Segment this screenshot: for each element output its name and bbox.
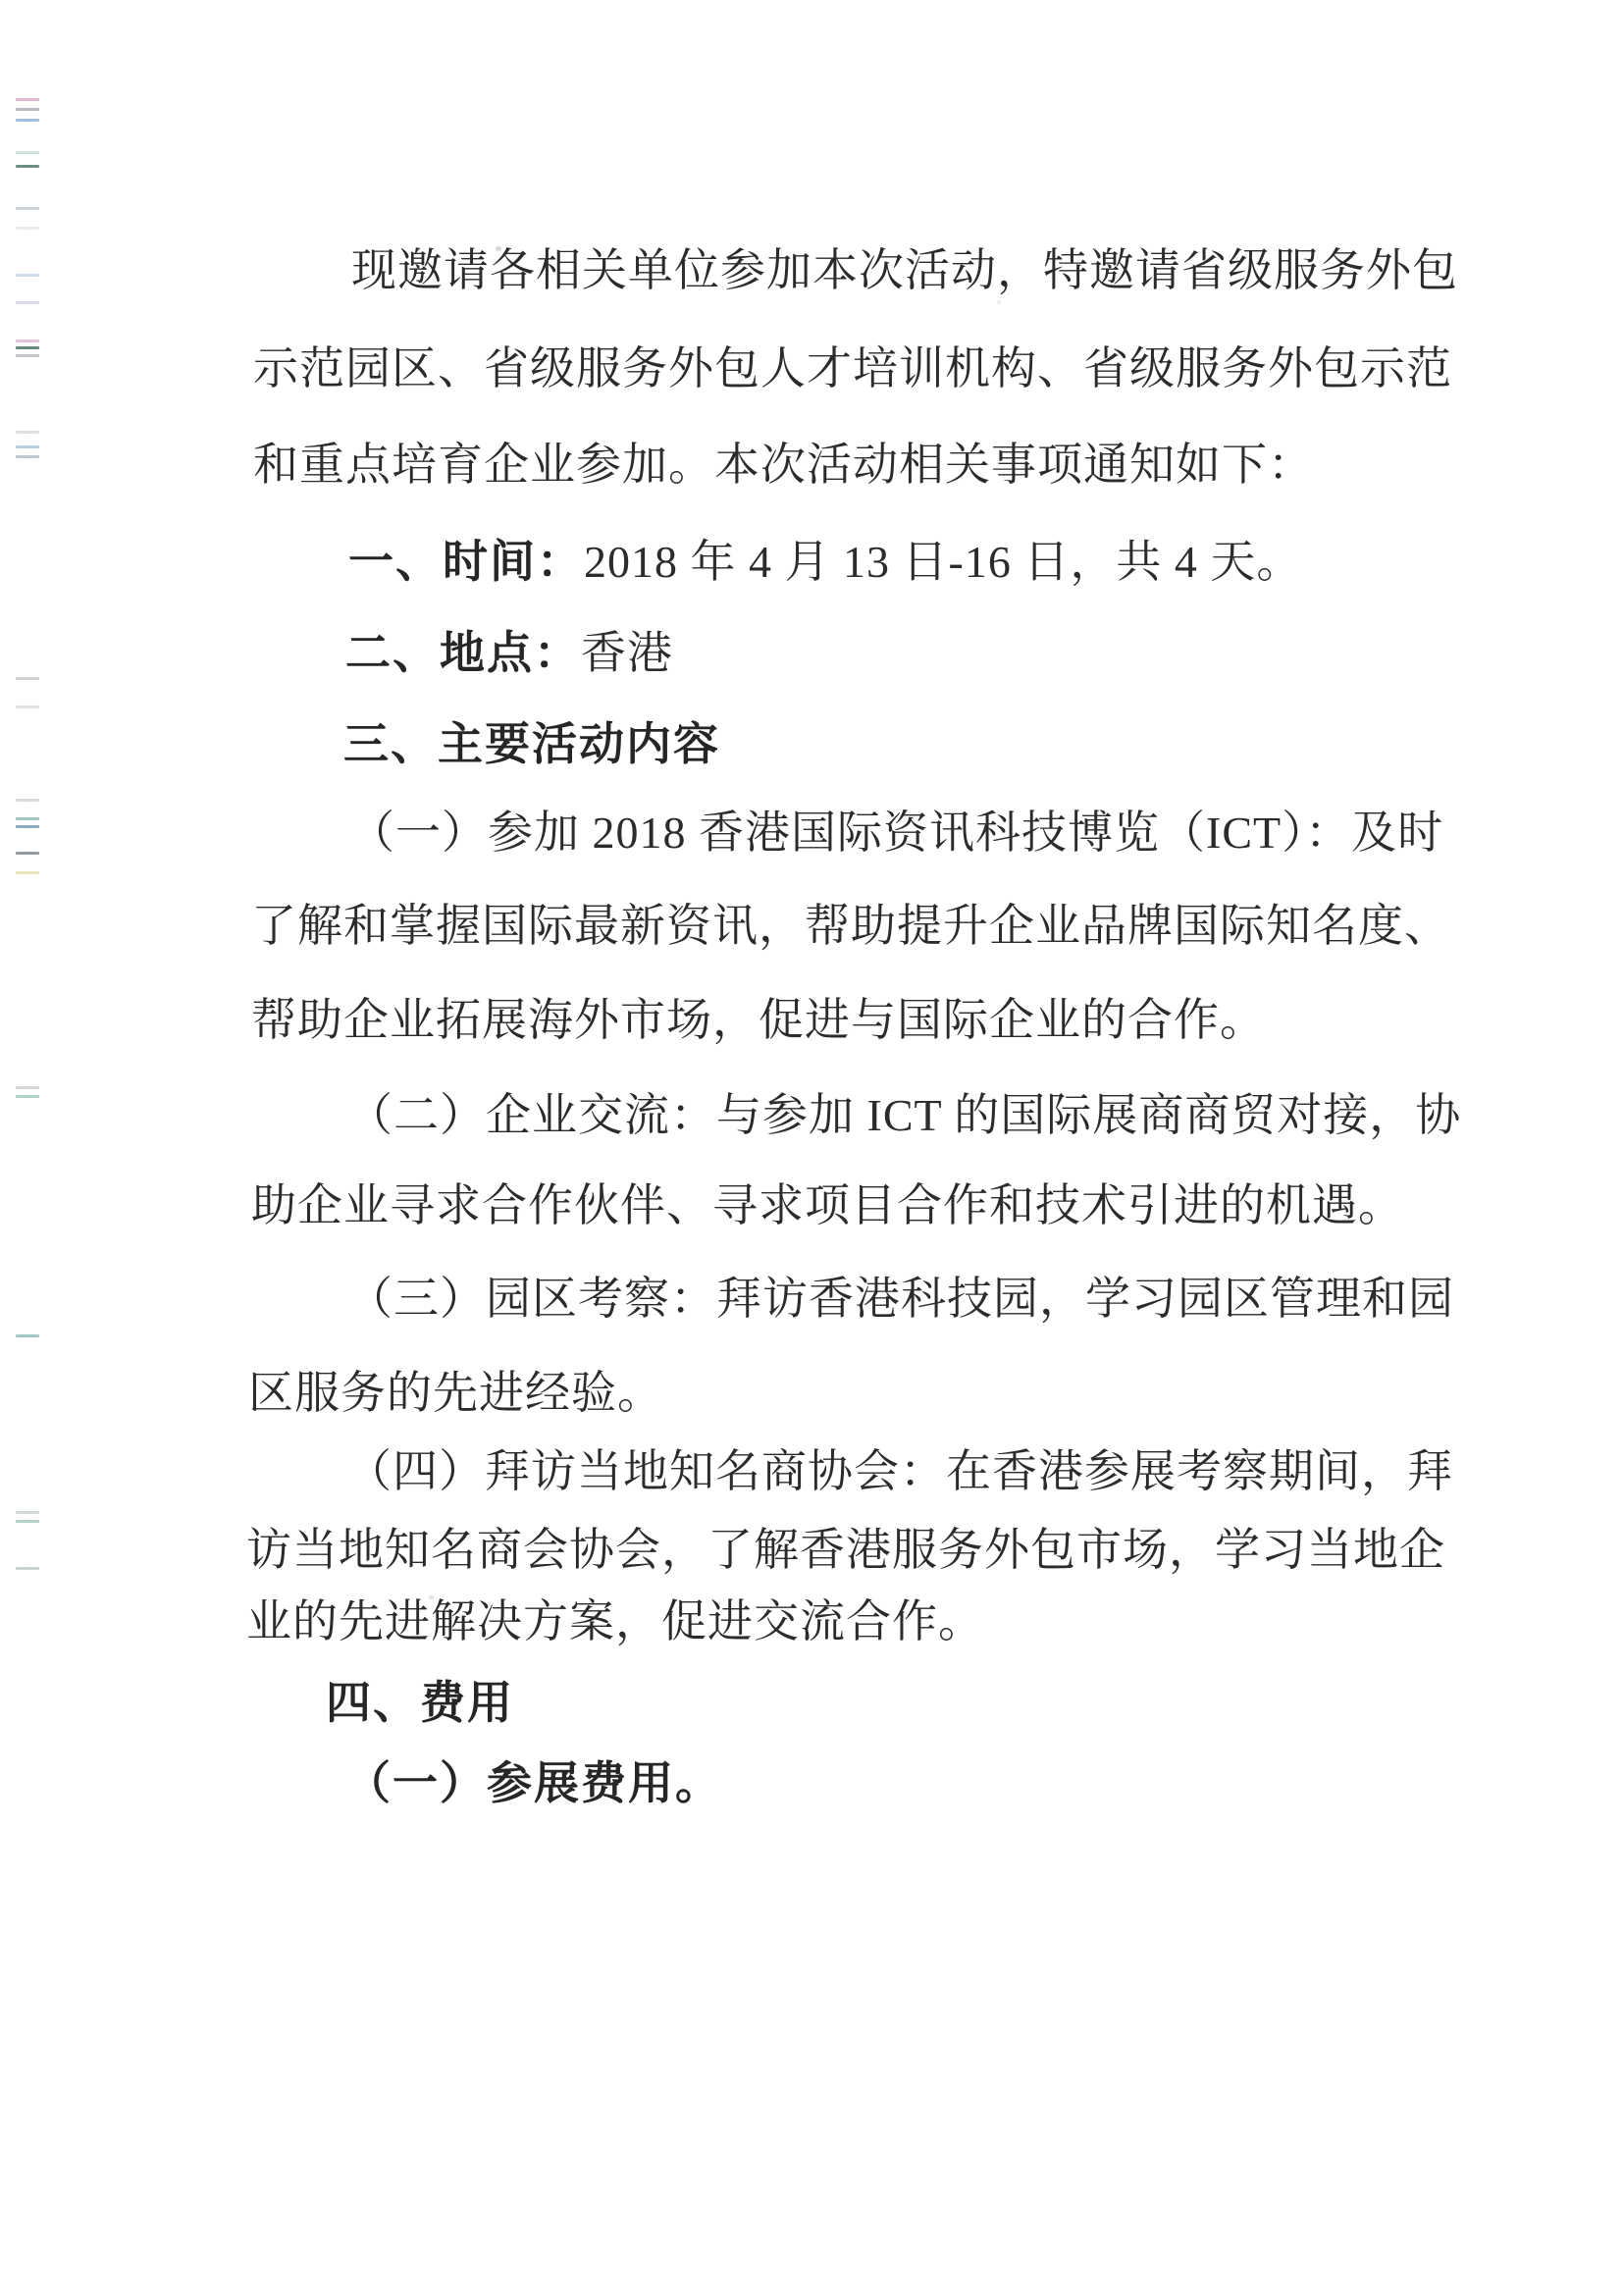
scan-artifact-line [16, 274, 39, 277]
scan-artifact-line [16, 825, 39, 828]
scan-artifact-line [16, 1095, 39, 1098]
scan-artifact-line [16, 455, 39, 458]
doc-line-item2-2: 助企业寻求合作伙伴、寻求项目合作和技术引进的机遇。 [251, 1178, 1404, 1233]
doc-line-main-activities-heading: 三、主要活动内容 [343, 716, 720, 772]
doc-line-item1-1-text: （一）参加 2018 香港国际资讯科技博览（ICT）：及时 [349, 808, 1443, 858]
scan-artifact-line [16, 354, 39, 357]
time-value: 2018 年 4 月 13 日-16 日，共 4 天。 [584, 537, 1302, 587]
heading-place-label: 二、地点： [345, 627, 581, 678]
scan-artifact-line [16, 852, 39, 855]
doc-line-item1-2-text: 了解和掌握国际最新资讯，帮助提升企业品牌国际知名度、 [251, 901, 1450, 951]
scan-artifact-line [16, 339, 39, 342]
doc-line-place: 二、地点：香港 [345, 625, 673, 681]
doc-line-intro-1-text: 现邀请各相关单位参加本次活动，特邀请省级服务外包 [351, 245, 1458, 295]
scan-artifact-line [16, 1520, 39, 1523]
doc-line-item4-3: 业的先进解决方案，促进交流合作。 [246, 1594, 984, 1649]
heading-fees: 四、费用 [326, 1677, 514, 1728]
scan-artifact-line [16, 871, 39, 874]
scan-artifact-line [16, 705, 39, 708]
scan-artifact-line [16, 207, 39, 210]
scan-artifact-line [16, 799, 39, 802]
scanned-document-page: 现邀请各相关单位参加本次活动，特邀请省级服务外包 示范园区、省级服务外包人才培训… [0, 0, 1623, 2296]
scan-artifact-line [16, 151, 39, 154]
doc-line-item2-2-text: 助企业寻求合作伙伴、寻求项目合作和技术引进的机遇。 [251, 1180, 1404, 1230]
scan-artifact-line [16, 165, 39, 168]
doc-line-item1-3-text: 帮助企业拓展海外市场，促进与国际企业的合作。 [251, 995, 1266, 1045]
doc-line-intro-1: 现邀请各相关单位参加本次活动，特邀请省级服务外包 [351, 243, 1458, 298]
scan-artifact-line [16, 119, 39, 122]
heading-exhibition-fees: （一）参展费用。 [345, 1758, 722, 1808]
doc-line-item4-2: 访当地知名商会协会，了解香港服务外包市场，学习当地企 [246, 1523, 1445, 1578]
ink-speck [997, 300, 1001, 304]
doc-line-item1-1: （一）参加 2018 香港国际资讯科技博览（ICT）：及时 [349, 806, 1443, 861]
scan-artifact-line [16, 1334, 39, 1337]
doc-line-item1-3: 帮助企业拓展海外市场，促进与国际企业的合作。 [251, 993, 1266, 1048]
scan-artifact-line [16, 445, 39, 448]
doc-line-intro-3: 和重点培育企业参加。本次活动相关事项通知如下： [253, 438, 1314, 493]
doc-line-fees-heading: 四、费用 [326, 1675, 514, 1731]
scan-artifact-line [16, 108, 39, 111]
doc-line-time: 一、时间：2018 年 4 月 13 日-16 日，共 4 天。 [348, 534, 1302, 590]
doc-line-item4-2-text: 访当地知名商会协会，了解香港服务外包市场，学习当地企 [246, 1525, 1445, 1575]
doc-line-item2-1-text: （二）企业交流：与参加 ICT 的国际展商商贸对接，协 [347, 1090, 1461, 1140]
scan-artifact-line [16, 431, 39, 434]
place-value: 香港 [581, 628, 673, 678]
doc-line-item3-2: 区服务的先进经验。 [248, 1366, 663, 1421]
heading-main-activities: 三、主要活动内容 [343, 718, 720, 769]
doc-line-item3-1: （三）园区考察：拜访香港科技园，学习园区管理和园 [347, 1272, 1454, 1327]
scan-artifact-line [16, 677, 39, 680]
scan-artifact-line [16, 98, 39, 101]
doc-line-item1-2: 了解和掌握国际最新资讯，帮助提升企业品牌国际知名度、 [251, 899, 1450, 954]
heading-time-label: 一、时间： [348, 536, 584, 587]
doc-line-item3-2-text: 区服务的先进经验。 [248, 1368, 663, 1418]
scan-artifact-line [16, 1567, 39, 1570]
doc-line-item4-1: （四）拜访当地知名商协会：在香港参展考察期间，拜 [346, 1444, 1453, 1499]
scan-artifact-line [16, 301, 39, 304]
doc-line-item2-1: （二）企业交流：与参加 ICT 的国际展商商贸对接，协 [347, 1088, 1461, 1143]
doc-line-intro-2: 示范园区、省级服务外包人才培训机构、省级服务外包示范 [253, 341, 1452, 396]
doc-line-item3-1-text: （三）园区考察：拜访香港科技园，学习园区管理和园 [347, 1274, 1454, 1324]
doc-line-intro-2-text: 示范园区、省级服务外包人才培训机构、省级服务外包示范 [253, 343, 1452, 393]
scan-artifact-line [16, 1511, 39, 1514]
scan-artifact-line [16, 1086, 39, 1089]
doc-line-item4-3-text: 业的先进解决方案，促进交流合作。 [246, 1596, 984, 1646]
scan-artifact-line [16, 227, 39, 230]
doc-line-item4-1-text: （四）拜访当地知名商协会：在香港参展考察期间，拜 [346, 1446, 1453, 1496]
doc-line-intro-3-text: 和重点培育企业参加。本次活动相关事项通知如下： [253, 440, 1314, 490]
scan-artifact-line [16, 346, 39, 349]
doc-line-exhibition-fees: （一）参展费用。 [345, 1756, 722, 1811]
scan-artifact-line [16, 817, 39, 820]
